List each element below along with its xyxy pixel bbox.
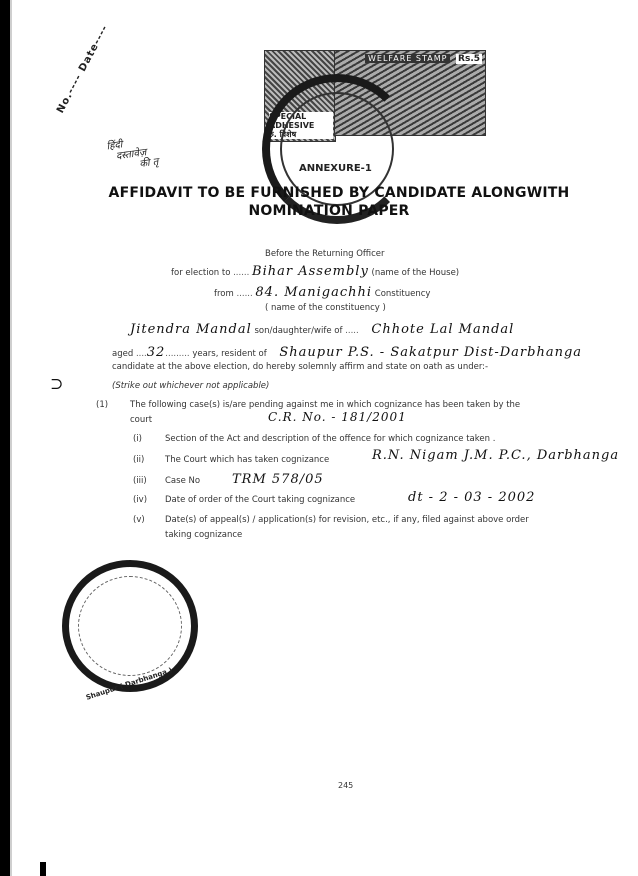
sub-item-label: Section of the Act and description of th… bbox=[165, 434, 495, 444]
election-prefix: for election to bbox=[171, 268, 230, 278]
father-name: Chhote Lal Mandal bbox=[371, 322, 514, 337]
item-1-text: The following case(s) is/are pending aga… bbox=[130, 400, 520, 410]
strike-note: (Strike out whichever not applicable) bbox=[112, 381, 269, 391]
document-title: AFFIDAVIT TO BE FURNISHED BY CANDIDATE A… bbox=[20, 185, 638, 201]
aged-prefix: aged bbox=[112, 349, 133, 359]
welfare-stamp-label: WELFARE STAMP bbox=[365, 54, 450, 63]
sub-item-number: (ii) bbox=[133, 455, 144, 465]
relation-label: son/daughter/wife of bbox=[254, 326, 342, 336]
returning-officer-line: Before the Returning Officer bbox=[265, 249, 385, 259]
residence-value: Shaupur P.S. - Sakatpur Dist-Darbhanga bbox=[279, 345, 582, 360]
case-reference: C.R. No. - 181/2001 bbox=[268, 410, 407, 424]
item-1-text-cont: court bbox=[130, 415, 152, 425]
aged-suffix: years, resident of bbox=[192, 349, 266, 359]
annexure-label: ANNEXURE-1 bbox=[299, 163, 372, 174]
age-residence-line: aged ....32......... years, resident of … bbox=[112, 345, 582, 360]
order-date-value: dt - 2 - 03 - 2002 bbox=[408, 490, 535, 505]
name-line: Jitendra Mandal son/daughter/wife of ...… bbox=[130, 322, 514, 337]
constituency-suffix: Constituency bbox=[375, 289, 431, 299]
sub-item-number: (i) bbox=[133, 434, 142, 444]
item-1-number: (1) bbox=[96, 400, 108, 410]
court-value: R.N. Nigam J.M. P.C., Darbhanga bbox=[372, 448, 619, 463]
sub-item-label: Date(s) of appeal(s) / application(s) fo… bbox=[165, 515, 529, 525]
sub-item-number: (v) bbox=[133, 515, 145, 525]
welfare-stamp-value: Rs.5 bbox=[456, 54, 482, 64]
sub-item-number: (iii) bbox=[133, 476, 147, 486]
age-value: 32 bbox=[147, 345, 166, 360]
from-prefix: from bbox=[214, 289, 234, 299]
sub-item-label-cont: taking cognizance bbox=[165, 530, 242, 540]
document-title-line2: NOMINATION PAPER bbox=[10, 203, 638, 219]
candidate-oath-line: candidate at the above election, do here… bbox=[112, 362, 488, 372]
sub-item-label: Date of order of the Court taking cogniz… bbox=[165, 495, 355, 505]
page-number: 245 bbox=[338, 781, 353, 790]
margin-mark: ⊃ bbox=[50, 374, 63, 393]
case-number-value: TRM 578/05 bbox=[232, 472, 324, 487]
election-suffix: (name of the House) bbox=[372, 268, 460, 278]
constituency-value: 84. Manigachhi bbox=[255, 285, 372, 300]
constituency-line: from ...... 84. Manigachhi Constituency bbox=[214, 285, 430, 300]
constituency-note: ( name of the constituency ) bbox=[265, 303, 386, 313]
scan-edge-mark bbox=[40, 862, 46, 876]
election-value: Bihar Assembly bbox=[252, 264, 369, 279]
handwritten-margin-note: हिंदी दस्तावेज़ की तृ bbox=[106, 135, 159, 175]
sub-item-number: (iv) bbox=[133, 495, 147, 505]
scan-edge-shadow bbox=[0, 0, 10, 876]
sub-item-label: The Court which has taken cognizance bbox=[165, 455, 329, 465]
diagonal-number-date-stamp: No.---- Date---- bbox=[55, 23, 111, 115]
candidate-name: Jitendra Mandal bbox=[130, 322, 252, 337]
round-seal-bottom-inner bbox=[78, 576, 182, 676]
election-line: for election to ...... Bihar Assembly (n… bbox=[171, 264, 459, 279]
scan-edge-line bbox=[10, 0, 12, 876]
sub-item-label: Case No bbox=[165, 476, 200, 486]
